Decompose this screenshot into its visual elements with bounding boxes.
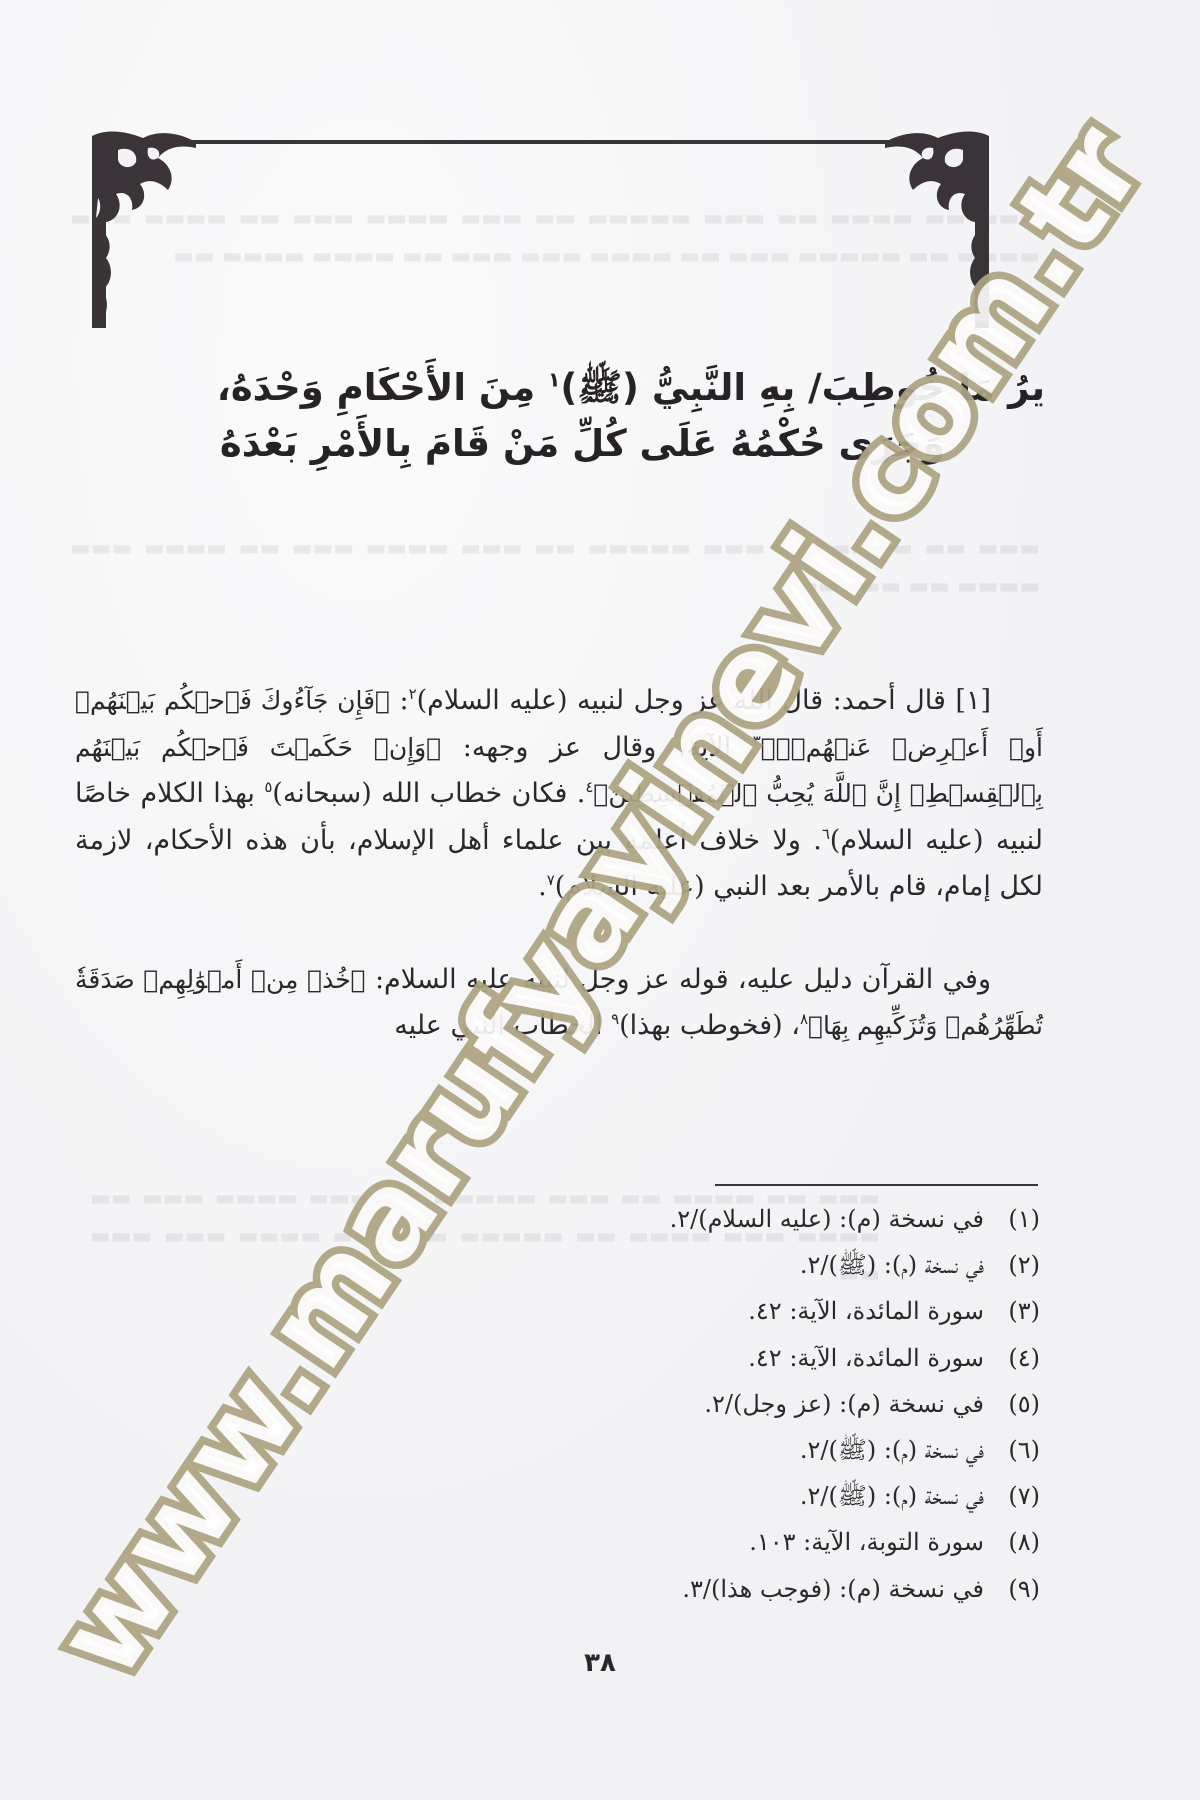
footnote-item: (٨)سورة التوبة، الآية: ١٠٣.: [480, 1519, 1040, 1565]
book-page: ▬▬▬ ▬▬ ▬▬▬▬ ▬▬ ▬▬▬ ▬▬▬▬▬ ▬▬ ▬▬▬ ▬▬▬▬ ▬▬▬…: [0, 0, 1200, 1800]
footnote-item: (٤)سورة المائدة، الآية: ٤٢.: [480, 1335, 1040, 1381]
paragraph-1: [١] قال أحمد: قال الله عز وجل لنبيه (علي…: [75, 678, 1043, 911]
bleed-through-text: ▬▬▬ ▬▬ ▬▬▬▬ ▬▬ ▬▬▬ ▬▬▬▬▬ ▬▬ ▬▬▬ ▬▬▬▬ ▬▬▬…: [70, 530, 1040, 606]
body-text: [١] قال أحمد: قال الله عز وجل لنبيه (علي…: [75, 678, 1043, 1050]
footnote-item: (١)في نسخة (م): (عليه السلام)/٢.: [480, 1196, 1040, 1242]
heading-line-2: وَجَرَى حُكْمُهُ عَلَى كُلِّ مَنْ قَامَ …: [120, 416, 1045, 472]
footnote-ref-6[interactable]: ٦: [822, 825, 830, 843]
footnote-item: (٦)في نسخة (م): (ﷺ)/٢.: [480, 1427, 1040, 1473]
frame-top-line: [148, 140, 933, 144]
footnote-divider: [715, 1184, 1038, 1186]
footnote-item: (٣)سورة المائدة، الآية: ٤٢.: [480, 1288, 1040, 1334]
ornament-corner-left-icon: [88, 128, 198, 328]
footnote-item: (٢)في نسخة (م): (ﷺ)/٢.: [480, 1242, 1040, 1288]
footnote-ref-9[interactable]: ٩: [611, 1010, 619, 1028]
footnote-ref-8[interactable]: ٨: [800, 1010, 808, 1028]
footnote-item: (٧)في نسخة (م): (ﷺ)/٢.: [480, 1473, 1040, 1519]
ornamental-frame: [88, 128, 993, 348]
footnote-ref[interactable]: ١: [548, 368, 560, 392]
footnote-ref-7[interactable]: ٧: [547, 871, 555, 889]
page-number: ٣٨: [0, 1648, 1200, 1678]
footnote-item: (٥)في نسخة (م): (عز وجل)/٢.: [480, 1381, 1040, 1427]
ornament-corner-right-icon: [883, 128, 993, 328]
chapter-heading: يرُ مَا خُوطِبَ/ بِهِ النَّبِيُّ (ﷺ)١ مِ…: [120, 360, 1045, 472]
paragraph-2: وفي القرآن دليل عليه، قوله عز وجل لنبيه …: [75, 957, 1043, 1050]
footnotes-list: (١)في نسخة (م): (عليه السلام)/٢. (٢)في ن…: [480, 1196, 1040, 1612]
footnote-ref-3[interactable]: ٣: [753, 732, 761, 750]
footnote-ref-2[interactable]: ٢: [409, 685, 417, 703]
heading-line-1: يرُ مَا خُوطِبَ/ بِهِ النَّبِيُّ (ﷺ)١ مِ…: [120, 360, 1045, 416]
footnote-item: (٩)في نسخة (م): (فوجب هذا)/٣.: [480, 1566, 1040, 1612]
